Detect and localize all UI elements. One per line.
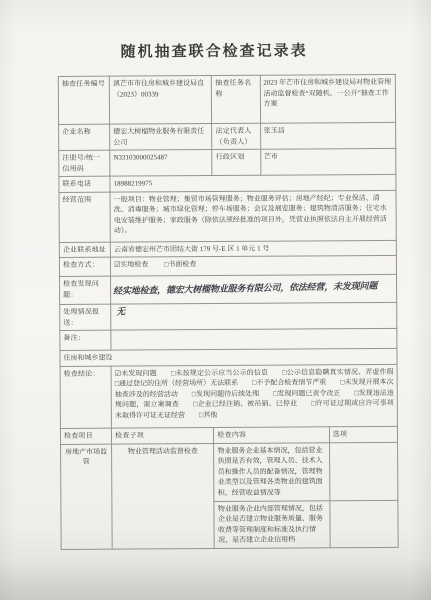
task-number-label: 抽查任务编号 [58,76,109,124]
table-row: 抽查任务编号 滇芒市市住房和城乡建设局直（2023）00339 抽查任务名称 2… [58,74,395,124]
inspection-method-value: ☑实地检查 □书面检查 [111,255,397,276]
conclusion-checkbox-list: ☑未发现问题 □未按规定公示应当公示的信息 □公示信息隐瞒真实情况、弄虚作假 □… [111,364,397,428]
business-scope-label: 经营范围 [59,192,110,242]
table-row: 处理情况报送： 无 [60,302,397,330]
task-name-value: 2023 年芒市住房和城乡建设局对物业管理活动监督检查“双随机、一公开”抽查工作… [260,74,396,123]
document-sheet: 随机抽查联合检查记录表 抽查任务编号 滇芒市市住房和城乡建设局直（2023）00… [0,0,431,550]
handwritten-note: 经实地检查，德宏大树榴物业服务有限公司，依法经营，未发现问题 [113,279,431,296]
remark-label: 备注： [60,330,111,350]
table-row: 备注： [60,328,397,350]
content-cell-2: 物业服务企业内部管理情况，包括企业是否建立物业服务质量、服务收费等管理制度和标准… [214,500,330,548]
column-header-project: 检查项目 [60,428,111,444]
table-row: 房地产市场监管 物业管理活动监督检查 物业服务企业基本情况，包括营业执照是否有效… [61,442,398,502]
remark-value [111,328,397,350]
problems-found-value: 经实地检查，德宏大树榴物业服务有限公司，依法经营，未发现问题 [111,274,397,304]
table-row: 检查结论： ☑未发现问题 □未按规定公示应当公示的信息 □公示信息隐瞒真实情况、… [60,364,397,428]
record-table: 抽查任务编号 滇芒市市住房和城乡建设局直（2023）00339 抽查任务名称 2… [58,74,399,550]
table-row: 经营范围 一般项目：物业管理；集贸市场管理服务；物业服务评估；房地产经纪；专业保… [59,190,396,242]
conclusion-label: 检查结论： [60,366,112,428]
onsite-inspection-checkbox-checked: ☑实地检查 [114,260,148,268]
table-row: 注册号/统一信用码 N33103000025487 行政区划 芒市 [59,148,396,176]
business-scope-value: 一般项目：物业管理；集贸市场管理服务；物业服务评估；房地产经纪；专业保洁、清洗、… [110,190,396,242]
problems-found-label: 检查发现问题： [60,276,111,304]
task-name-label: 抽查任务名称 [212,75,260,123]
subitem-cell: 物业管理活动监督检查 [112,443,215,549]
legal-rep-value: 张玉昌 [260,122,396,149]
table-row: 检查发现问题： 经实地检查，德宏大树榴物业服务有限公司，依法经营，未发现问题 [60,274,397,304]
table-row: 企业名称 德宏大树榴物业服务有限责任公司 法定代表人（负责人） 张玉昌 [59,122,396,150]
phone-value: 18988219975 [110,174,396,191]
company-address-label: 企业联系地址 [59,242,110,258]
phone-label: 联系电话 [59,176,110,192]
registration-number-label: 注册号/统一信用码 [59,150,110,176]
handwritten-none: 无 [116,306,126,317]
registration-number-value: N33103000025487 [110,150,212,177]
district-label: 行政区划 [212,149,260,175]
written-inspection-checkbox: □书面检查 [164,260,196,268]
table-row: 检查方式： ☑实地检查 □书面检查 [59,255,396,276]
district-value: 芒市 [260,148,396,175]
company-name-value: 德宏大树榴物业服务有限责任公司 [110,124,212,151]
column-header-content: 检查内容 [214,426,329,443]
content-cell-1: 物业服务企业基本情况，包括营业执照是否有效，管理人员、技术人员和操作人员的配备情… [214,442,330,501]
handling-report-value: 无 [111,302,397,330]
handling-report-label: 处理情况报送： [60,304,111,330]
legal-rep-label: 法定代表人（负责人） [212,123,260,149]
company-address-value: 云南省德宏州芒市团结大街 179 号-E 区 1 单元 1 号 [110,240,396,257]
company-name-label: 企业名称 [59,124,110,150]
option-cell-2 [330,500,399,547]
inspection-method-label: 检查方式： [59,257,110,276]
page-title: 随机抽查联合检查记录表 [0,39,430,63]
task-number-value: 滇芒市市住房和城乡建设局直（2023）00339 [109,76,212,125]
column-header-subitem: 检查子项 [112,427,214,444]
column-header-option: 选项 [329,426,397,442]
option-cell-1 [329,442,398,500]
scanned-page: 随机抽查联合检查记录表 抽查任务编号 滇芒市市住房和城乡建设局直（2023）00… [0,0,431,600]
project-cell: 房地产市场监管 [61,444,113,549]
